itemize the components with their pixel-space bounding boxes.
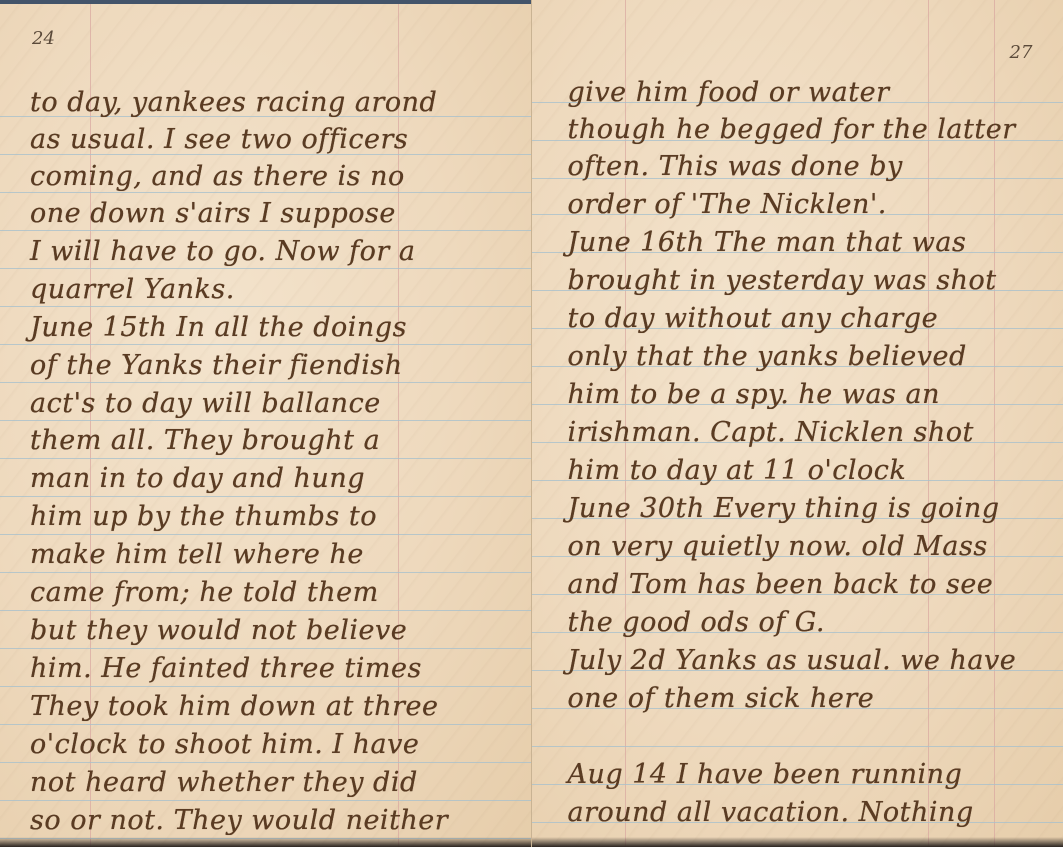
rule-line <box>0 838 531 839</box>
handwritten-line: him to be a spy. he was an <box>532 376 1063 414</box>
handwritten-line: irishman. Capt. Nicklen shot <box>532 414 1063 452</box>
handwritten-line: and Tom has been back to see <box>532 566 1063 604</box>
handwritten-line: make him tell where he <box>0 536 531 574</box>
handwritten-line: July 2d Yanks as usual. we have <box>532 642 1063 680</box>
diary-spread: 24 to day, yankees racing arond as usual… <box>0 0 1063 847</box>
handwritten-line: so or not. They would neither <box>0 802 531 840</box>
handwritten-line: order of 'The Nicklen'. <box>532 186 1063 224</box>
handwritten-line: only that the yanks believed <box>532 338 1063 376</box>
page-number: 27 <box>1010 42 1033 63</box>
handwritten-line: but they would not believe <box>0 612 531 650</box>
handwritten-line: to day without any charge <box>532 300 1063 338</box>
handwritten-line: to day, yankees racing arond <box>0 84 531 122</box>
handwritten-line: brought in yesterday was shot <box>532 262 1063 300</box>
handwritten-line: June 30th Every thing is going <box>532 490 1063 528</box>
handwritten-line <box>532 718 1063 756</box>
handwritten-line: They took him down at three <box>0 688 531 726</box>
handwritten-line: Aug 14 I have been running <box>532 756 1063 794</box>
handwritten-line: him. He fainted three times <box>0 650 531 688</box>
handwritten-line: quarrel Yanks. <box>0 271 531 309</box>
handwritten-line: though he begged for the latter <box>532 111 1063 149</box>
handwritten-line: of the Yanks their fiendish <box>0 347 531 385</box>
page-number: 24 <box>32 28 55 49</box>
handwritten-line: him to day at 11 o'clock <box>532 452 1063 490</box>
handwritten-line: on very quietly now. old Mass <box>532 528 1063 566</box>
handwritten-line: around all vacation. Nothing <box>532 794 1063 832</box>
handwritten-line: not heard whether they did <box>0 764 531 802</box>
handwritten-line: the good ods of G. <box>532 604 1063 642</box>
handwritten-line: one down s'airs I suppose <box>0 195 531 233</box>
handwritten-line: June 15th In all the doings <box>0 309 531 347</box>
handwritten-line: June 16th The man that was <box>532 224 1063 262</box>
handwritten-line: coming, and as there is no <box>0 158 531 196</box>
handwritten-line: him up by the thumbs to <box>0 498 531 536</box>
handwritten-line: came from; he told them <box>0 574 531 612</box>
left-page: 24 to day, yankees racing arond as usual… <box>0 0 531 847</box>
handwritten-line: them all. They brought a <box>0 422 531 460</box>
handwritten-line: give him food or water <box>532 74 1063 112</box>
right-page: 27 give him food or water though he begg… <box>531 0 1063 847</box>
handwritten-line: as usual. I see two officers <box>0 121 531 159</box>
handwritten-line: often. This was done by <box>532 148 1063 186</box>
handwritten-line: man in to day and hung <box>0 460 531 498</box>
handwritten-line: I will have to go. Now for a <box>0 233 531 271</box>
handwritten-line: one of them sick here <box>532 680 1063 718</box>
handwritten-line: o'clock to shoot him. I have <box>0 726 531 764</box>
handwritten-line: act's to day will ballance <box>0 385 531 423</box>
